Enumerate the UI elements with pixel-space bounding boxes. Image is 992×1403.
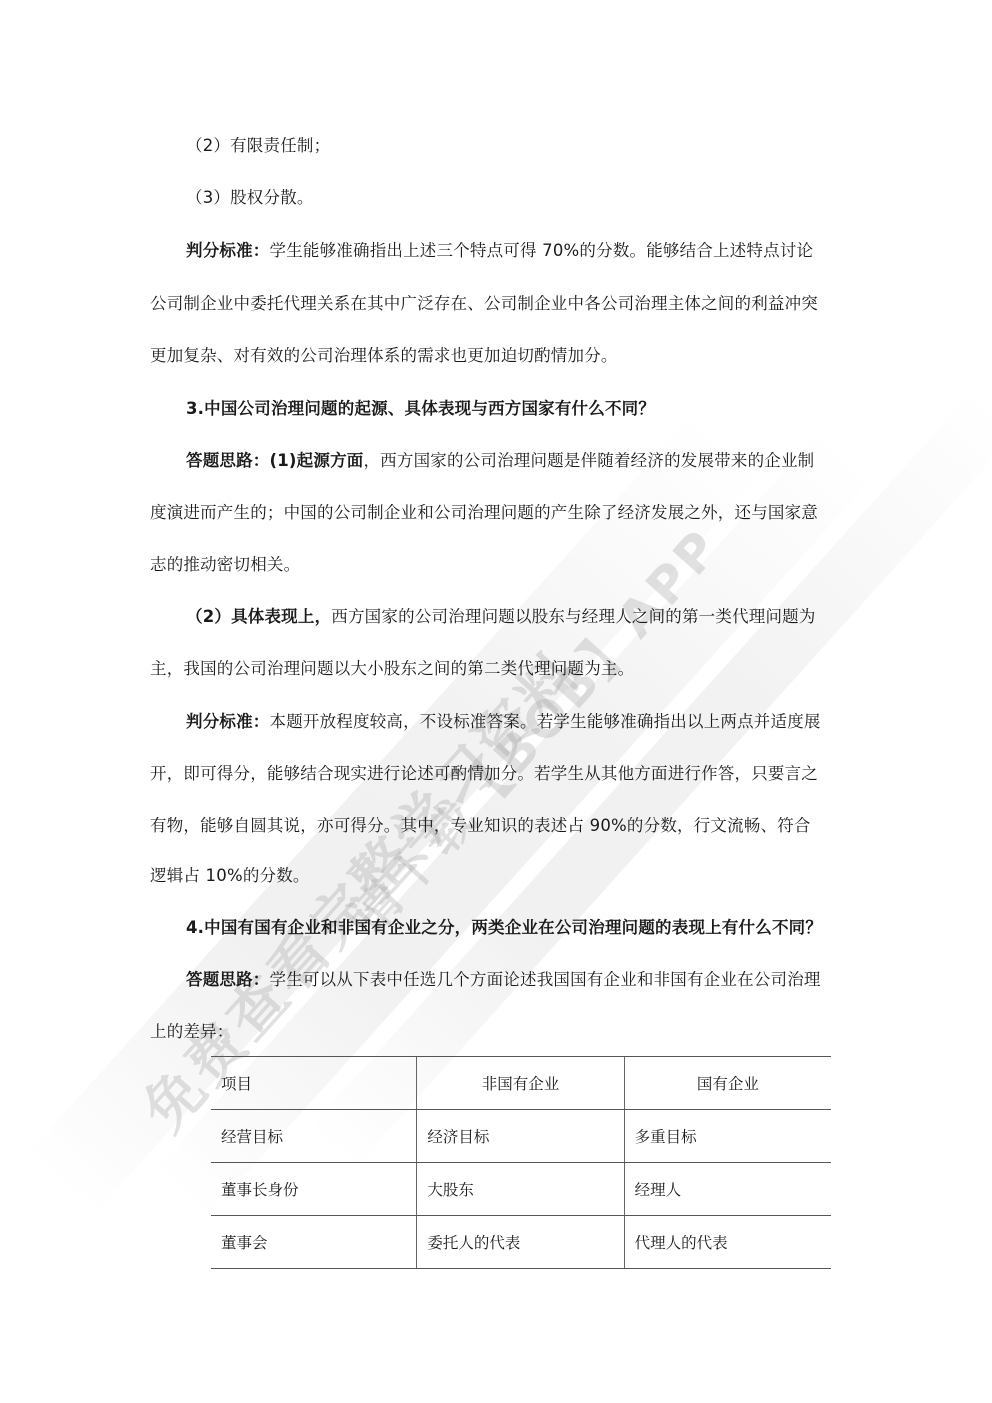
table-cell: 经济目标 — [417, 1110, 624, 1163]
paragraph-line: 公司制企业中委托代理关系在其中广泛存在、公司制企业中各公司治理主体之间的利益冲突 — [150, 294, 818, 314]
answer-4-paragraph: 答题思路：学生可以从下表中任选几个方面论述我国国有企业和非国有企业在公司治理 — [186, 970, 821, 990]
paragraph-line: 有物，能够自圆其说，亦可得分。其中，专业知识的表述占 90%的分数，行文流畅、符… — [150, 816, 811, 836]
table-header-cell: 非国有企业 — [417, 1057, 624, 1110]
scoring-criteria-paragraph: 判分标准：学生能够准确指出上述三个特点可得 70%的分数。能够结合上述特点讨论 — [186, 241, 813, 261]
table-cell: 经理人 — [624, 1163, 831, 1216]
list-item-3: （3）股权分散。 — [186, 188, 314, 208]
table-cell: 大股东 — [417, 1163, 624, 1216]
answer-3-point-2: （2）具体表现上，西方国家的公司治理问题以股东与经理人之间的第一类代理问题为 — [186, 607, 816, 627]
table-cell: 委托人的代表 — [417, 1216, 624, 1269]
paragraph-line: 上的差异： — [150, 1022, 234, 1042]
paragraph-line: 更加复杂、对有效的公司治理体系的需求也更加迫切酌情加分。 — [150, 346, 618, 366]
table-row: 经营目标 经济目标 多重目标 — [211, 1110, 831, 1163]
table-cell: 经营目标 — [211, 1110, 417, 1163]
list-item-2: （2）有限责任制； — [186, 136, 330, 156]
table-header-row: 项目 非国有企业 国有企业 — [211, 1057, 831, 1110]
answer-label: 答题思路： — [186, 970, 270, 989]
table-row: 董事长身份 大股东 经理人 — [211, 1163, 831, 1216]
answer-label: 答题思路：(1)起源方面 — [186, 451, 363, 470]
table-cell: 董事长身份 — [211, 1163, 417, 1216]
question-4-heading: 4.中国有国有企业和非国有企业之分，两类企业在公司治理问题的表现上有什么不同？ — [186, 918, 822, 938]
paragraph-line: 逻辑占 10%的分数。 — [150, 866, 310, 886]
question-3-heading: 3.中国公司治理问题的起源、具体表现与西方国家有什么不同？ — [186, 399, 655, 419]
point-text: 西方国家的公司治理问题以股东与经理人之间的第一类代理问题为 — [331, 607, 815, 626]
scoring-text: 本题开放程度较高，不设标准答案。若学生能够准确指出以上两点并适度展 — [270, 712, 821, 731]
table-cell: 董事会 — [211, 1216, 417, 1269]
answer-text: ，西方国家的公司治理问题是伴随着经济的发展带来的企业制 — [363, 451, 814, 470]
paragraph-line: 志的推动密切相关。 — [150, 555, 300, 575]
scoring-text: 学生能够准确指出上述三个特点可得 70%的分数。能够结合上述特点讨论 — [270, 241, 814, 260]
paragraph-line: 主，我国的公司治理问题以大小股东之间的第二类代理问题为主。 — [150, 659, 634, 679]
scoring-criteria-3: 判分标准：本题开放程度较高，不设标准答案。若学生能够准确指出以上两点并适度展 — [186, 712, 821, 732]
paragraph-line: 开，即可得分，能够结合现实进行论述可酌情加分。若学生从其他方面进行作答，只要言之 — [150, 764, 818, 784]
scoring-label: 判分标准： — [186, 712, 270, 731]
paragraph-line: 度演进而产生的；中国的公司制企业和公司治理问题的产生除了经济发展之外，还与国家意 — [150, 503, 818, 523]
table-row: 董事会 委托人的代表 代理人的代表 — [211, 1216, 831, 1269]
comparison-table: 项目 非国有企业 国有企业 经营目标 经济目标 多重目标 董事长身份 大股东 经… — [211, 1056, 831, 1269]
scoring-label: 判分标准： — [186, 241, 270, 260]
answer-text: 学生可以从下表中任选几个方面论述我国国有企业和非国有企业在公司治理 — [270, 970, 821, 989]
table-header-cell: 项目 — [211, 1057, 417, 1110]
point-label: （2）具体表现上， — [186, 607, 331, 626]
table-cell: 多重目标 — [624, 1110, 831, 1163]
answer-3-paragraph: 答题思路：(1)起源方面，西方国家的公司治理问题是伴随着经济的发展带来的企业制 — [186, 451, 814, 471]
document-page: （2）有限责任制； （3）股权分散。 判分标准：学生能够准确指出上述三个特点可得… — [0, 0, 992, 1403]
table-cell: 代理人的代表 — [624, 1216, 831, 1269]
table-header-cell: 国有企业 — [624, 1057, 831, 1110]
